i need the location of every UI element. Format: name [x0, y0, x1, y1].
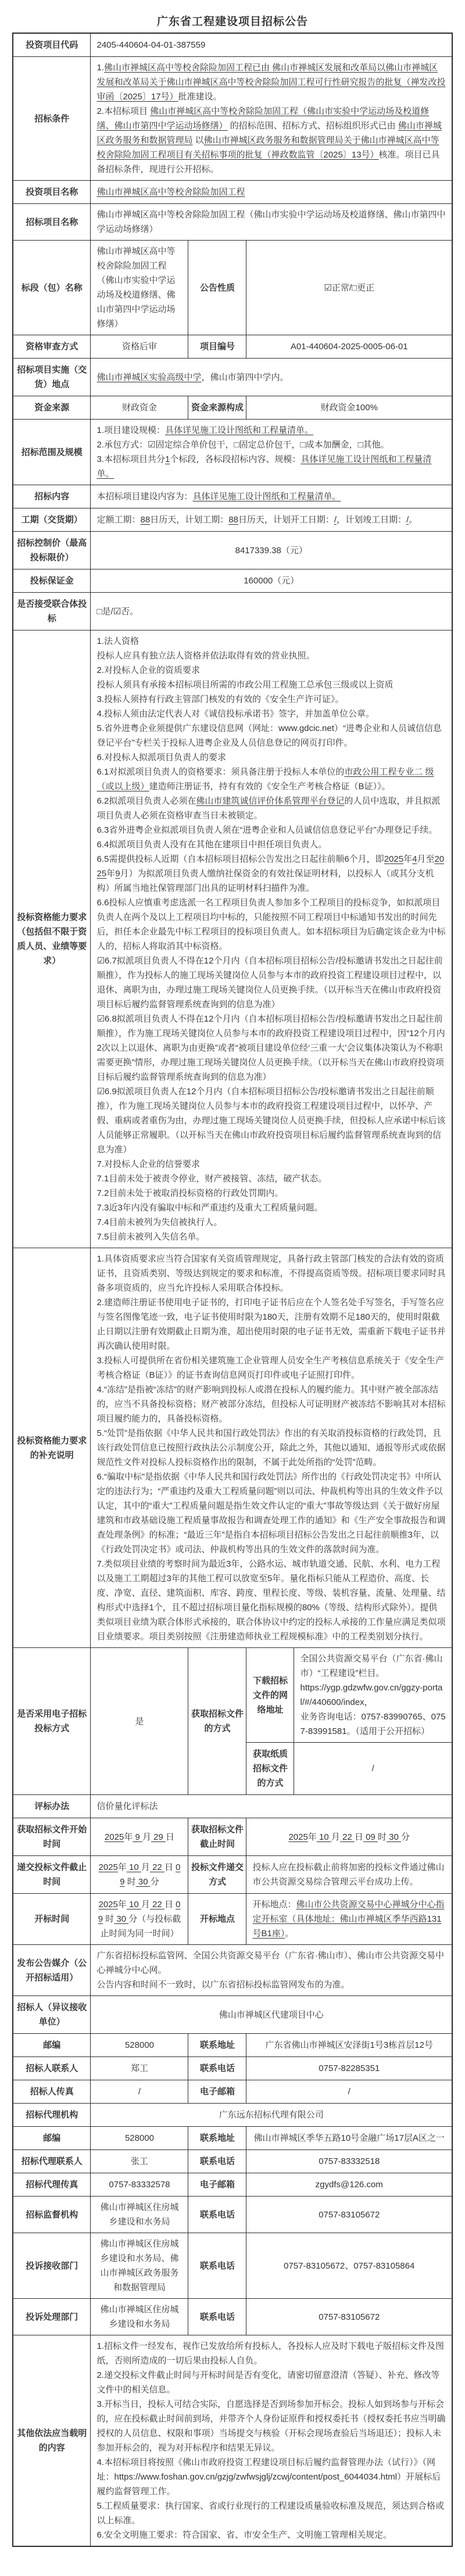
paragraph: 7.2目前未处于被取消投标资格的行政处罚期内。	[96, 1186, 446, 1201]
paragraph: 招标代理传真	[16, 2177, 88, 2192]
row-label: 联系电话	[188, 2197, 246, 2233]
table-row: 招标代理机构广东远东招标代理有限公司	[13, 2104, 452, 2127]
row-value: ☑正常/□更正	[246, 241, 452, 335]
text-segment: 联系电话	[200, 2156, 235, 2166]
text-segment: 财政资金100%	[321, 403, 378, 413]
text-segment: 联系电话	[200, 2210, 235, 2220]
paragraph: 0757-82285351	[252, 2061, 446, 2076]
paragraph: 0757-83332578	[96, 2177, 182, 2192]
text-segment: 获取纸质招标文件的方式	[253, 1749, 288, 1788]
paragraph: 投标文件递交方式	[191, 1860, 244, 1889]
row-label: 联系电话	[188, 2233, 246, 2299]
paragraph: 邮编	[16, 2131, 88, 2145]
row-value: 广东省佛山市禅城区安泽街1号3栋首层12号	[246, 2034, 452, 2057]
row-value: 投标人应在投标截止前将加密的投标文件通过佛山市公共资源交易综合管理云平台成功上传…	[246, 1856, 452, 1894]
text-segment: 160000（元）	[244, 576, 299, 586]
paragraph: 联系电话	[191, 2154, 244, 2169]
row-value: 佛山市禅城区住房城乡建设和水务局	[91, 2299, 188, 2335]
filled-blank: 30	[387, 1832, 401, 1842]
paragraph: 投资项目代码	[16, 38, 88, 52]
paragraph: 开标地点：佛山市公共资源交易中心禅城分中心指定开标室（具体地址：佛山市禅城区季华…	[252, 1897, 446, 1941]
paragraph: 定额工期：88日历天，计划工期：88日历天，计划开工日期：/，计划竣工日期：/。	[96, 513, 446, 527]
row-value: 0757-83332578	[91, 2173, 188, 2197]
row-label: 招标项目实施（交货）地点	[13, 359, 91, 396]
row-value: 开标地点：佛山市公共资源交易中心禅城分中心指定开标室（具体地址：佛山市禅城区季华…	[246, 1894, 452, 1945]
paragraph: 6.对投标人拟派项目负责人的要求	[96, 750, 446, 765]
text-segment: 6.“骗取中标”是指依据《中华人民共和国行政处罚法》所作出的《行政处罚决定书》中…	[96, 1472, 445, 1554]
paragraph: 8417339.38（元）	[96, 543, 446, 558]
row-value: /	[246, 2080, 452, 2104]
paragraph: 招标控制价（最高投标限价）	[16, 536, 88, 565]
text-segment: ，佛山市第四中学内。	[202, 372, 289, 382]
text-segment: 2405-440604-04-01-387559	[96, 40, 205, 50]
text-segment: 7.5目前未被列入失信名单。	[96, 1232, 205, 1242]
row-label: 发布公告媒介（公开招标适用）	[13, 1945, 91, 1996]
paragraph: 6.安全文明施工要求：符合国家、省、市安全生产、文明施工管理相关规定。	[96, 2528, 446, 2542]
text-segment: 获取招标文件开始时间	[17, 1825, 87, 1849]
paragraph: 标段（包）名称	[16, 281, 88, 295]
row-value: 佛山市禅城区季华五路10号金融广场17层A区之一	[246, 2127, 452, 2150]
text-segment: 3.投标人可提供所在省份相关建筑施工企业管理人员安全生产考核信息系统关于《安全生…	[96, 1356, 444, 1380]
text-segment: 全国公共资源交易平台（广东省·佛山市）“工程建设”栏目。	[300, 1654, 442, 1678]
row-label: 投诉接收部门	[13, 2233, 91, 2299]
row-value: 全国公共资源交易平台（广东省·佛山市）“工程建设”栏目。https://ygp.…	[294, 1648, 452, 1743]
paragraph: 7.3近3年内没有骗取中标和严重违约及重大工程质量问题。	[96, 1201, 446, 1215]
text-segment: 年	[308, 1832, 317, 1842]
paragraph: 联系电话	[191, 2259, 244, 2273]
row-value: 1.招标文件一经发布，视作已发放给所有投标人，各投标人应及时下载电子版招标文件及…	[91, 2335, 452, 2547]
paragraph: 招标范围及规模	[16, 445, 88, 460]
text-segment: 7.3近3年内没有骗取中标和严重违约及重大工程质量问题。	[96, 1203, 323, 1213]
paragraph: 1.法人资格	[96, 634, 446, 649]
row-value: 佛山市禅城区高中等校舍除险加固工程（佛山市实验中学运动场及校道修缮、佛山市第四中…	[91, 204, 452, 241]
paragraph: 招标人传真	[16, 2084, 88, 2099]
text-segment: A01-440604-2025-0005-06-01	[291, 342, 408, 352]
row-label: 电子邮箱	[188, 2080, 246, 2104]
row-label: 评标办法	[13, 1795, 91, 1818]
paragraph: 招标内容	[16, 489, 88, 504]
filled-blank: 10	[127, 1862, 141, 1872]
text-segment: 3.投标人须持有行政主管部门核发的有效的《安全生产许可证》。	[96, 694, 344, 704]
row-label: 标段（包）名称	[13, 241, 91, 335]
row-label: 下载招标文件的网络地址	[246, 1648, 294, 1743]
text-segment: 月至	[417, 854, 434, 864]
text-segment: 以	[193, 135, 204, 145]
row-value: 张工	[91, 2150, 188, 2173]
text-segment: 建造师注册证书，持有有效的《安全生产考核合格证（B证）》。	[149, 782, 391, 791]
text-segment: 工期（交货期）	[22, 515, 83, 525]
row-label: 获取招标文件的方式	[188, 1648, 246, 1795]
row-value: 2025年 10 月 22 日 09 时 30 分	[246, 1818, 452, 1856]
text-segment: 6.安全文明施工要求：符合国家、省、市安全生产、文明施工管理相关规定。	[96, 2530, 392, 2540]
row-label: 招标人传真	[13, 2080, 91, 2104]
text-segment: 资金来源	[34, 403, 69, 413]
text-segment: 郑工	[131, 2063, 148, 2073]
text-segment: 招标控制价（最高投标限价）	[17, 538, 87, 563]
paragraph: 招标监督机构	[16, 2208, 88, 2222]
row-value: 本招标项目建设内容为：具体详见施工设计图纸和工程量清单。	[91, 485, 452, 508]
text-segment: 开标地点：	[252, 1900, 296, 1909]
paragraph: 2025年 9 月 29 日	[96, 1830, 182, 1844]
paragraph: 7.类似项目业绩的考察时间为最近3年，公路水运、城市轨道交通、民航、水利、电力工…	[96, 1557, 446, 1644]
text-segment: 联系电话	[200, 2261, 235, 2271]
table-row: 投标保证金160000（元）	[13, 569, 452, 593]
text-segment: 5.工程质量要求：执行国家、省或行业现行的工程建设质量验收标准及规范，须达到合格…	[96, 2501, 444, 2525]
paragraph: 是否接受联合体投标	[16, 597, 88, 626]
row-label: 其他依法应当载明的内容	[13, 2335, 91, 2547]
row-label: 邮编	[13, 2127, 91, 2150]
announcement-table: 投资项目代码2405-440604-04-01-387559招标条件1.佛山市禅…	[12, 33, 453, 2547]
paragraph: 2405-440604-04-01-387559	[96, 38, 446, 52]
row-value: 佛山市禅城区代建项目中心	[91, 1996, 452, 2034]
text-segment: /	[348, 2087, 350, 2097]
paragraph: 财政资金	[96, 400, 182, 415]
filled-blank: 佛山市禅城区高中等校舍除险加固工程已由 佛山市禅城区发展和改革局以佛山市禅城区发…	[96, 63, 445, 102]
paragraph: 业务咨询电话：0757-83990765、0757-83991581。（适用于公…	[300, 1710, 446, 1739]
paragraph: 佛山市禅城区季华五路10号金融广场17层A区之一	[252, 2131, 446, 2145]
paragraph: zgydfs@126.com	[252, 2177, 446, 2192]
paragraph: 联系电话	[191, 2061, 244, 2076]
paragraph: 投标保证金	[16, 574, 88, 588]
paragraph: 招标代理机构	[16, 2108, 88, 2122]
text-segment: 3.开标当日，投标人可结合实际，自愿选择是否到场参加开标会。投标人如到场参与开标…	[96, 2399, 445, 2453]
text-segment: 批准建设。	[178, 92, 222, 102]
paragraph: 递交投标文件截止时间	[16, 1860, 88, 1889]
table-row: 招标条件1.佛山市禅城区高中等校舍除险加固工程已由 佛山市禅城区发展和改革局以佛…	[13, 57, 452, 181]
text-segment: 招标代理传真	[26, 2180, 78, 2190]
paragraph: 投标人应在投标截止前将加密的投标文件通过佛山市公共资源交易综合管理云平台成功上传…	[252, 1860, 446, 1889]
row-label: 投标文件递交方式	[188, 1856, 246, 1894]
text-segment: 2.建造师注册证书使用电子证书的，打印电子证书后应在个人签名处手写签名，手写签名…	[96, 1298, 445, 1351]
text-segment: ☑6.8拟派项目负责人不得在12个月内（自本招标项目招标公告/投标邀请书发出之日…	[96, 1014, 445, 1082]
row-label: 项目编号	[188, 335, 246, 359]
paragraph: 2.建造师注册证书使用电子证书的，打印电子证书后应在个人签名处手写签名，手写签名…	[96, 1295, 446, 1353]
text-segment: 佛山市禅城区住房城乡建设和水务局	[100, 2202, 178, 2227]
text-segment: 招标内容	[34, 492, 69, 501]
text-segment: 1.项目建设规模：	[96, 425, 165, 435]
text-segment: 。	[409, 515, 417, 525]
row-value: 8417339.38（元）	[91, 532, 452, 569]
paragraph: 2.递交投标文件截止时间与开标时间是否有变化，请密切留意澄清（答疑）、补充、修改…	[96, 2368, 446, 2397]
row-value: 佛山市禅城区高中等校舍除险加固工程（佛山市实验中学运动场及校道修缮、佛山市第四中…	[91, 241, 188, 335]
text-segment: /	[372, 1764, 374, 1774]
text-segment: 评标办法	[34, 1801, 69, 1811]
row-value: 财政资金	[91, 396, 188, 420]
text-segment: 日历天，计划开工日期：	[238, 515, 334, 525]
row-label: 招标代理传真	[13, 2173, 91, 2197]
row-value: /	[294, 1743, 452, 1795]
row-value: 佛山市禅城区高中等校舍除险加固工程	[91, 181, 452, 204]
table-row: 资金来源财政资金资金来源构成财政资金100%	[13, 396, 452, 420]
text-segment: 投标资格能力要求的补充说明	[17, 1436, 87, 1460]
text-segment: 是	[135, 1717, 144, 1726]
paragraph: 电子邮箱	[191, 2177, 244, 2192]
text-segment: 邮编	[43, 2040, 60, 2050]
table-row: 招标代理传真0757-83332578电子邮箱zgydfs@126.com	[13, 2173, 452, 2197]
row-label: 开标时间	[13, 1894, 91, 1945]
text-segment: 0757-83332578	[109, 2180, 170, 2190]
paragraph: 投诉处理部门	[16, 2310, 88, 2324]
paragraph: 获取招标文件开始时间	[16, 1822, 88, 1851]
text-segment: 投标人应在投标截止前将加密的投标文件通过佛山市公共资源交易综合管理云平台成功上传…	[252, 1862, 444, 1887]
paragraph: □是/☑否。	[96, 604, 446, 619]
row-value: 528000	[91, 2034, 188, 2057]
text-segment: 2.递交投标文件截止时间与开标时间是否有变化，请密切留意澄清（答疑）、补充、修改…	[96, 2370, 439, 2395]
paragraph: 资格审查方式	[16, 339, 88, 354]
text-segment: 财政资金	[122, 403, 157, 413]
text-segment: 公告性质	[200, 283, 235, 293]
filled-blank: 2025	[105, 1832, 124, 1842]
paragraph: 6.1对拟派项目负责人的资格要求：须具备注册于投标人本单位的市政公用工程专业二 …	[96, 765, 446, 794]
paragraph: 投标资格能力要求（包括但不限于资质人员、业绩等要求）	[16, 910, 88, 968]
text-segment: 7.类似项目业绩的考察时间为最近3年，公路水运、城市轨道交通、民航、水利、电力工…	[96, 1559, 445, 1642]
row-value: 1.具体资质要求应当符合国家有关资质管理规定，具备行政主管部门核发的合法有效的资…	[91, 1248, 452, 1648]
row-value: 0757-83105672、0757-83105864	[246, 2233, 452, 2299]
table-row: 招标人（异议接收单位）佛山市禅城区代建项目中心	[13, 1996, 452, 2034]
paragraph: ☑6.9拟派项目负责人在12个月内（自本招标项目招标公告/投标邀请书发出之日起往…	[96, 1084, 446, 1157]
paragraph: 6.4拟派项目负责人没有在其他在建项目中担任项目负责人。	[96, 837, 446, 852]
text-segment: 年	[118, 1862, 127, 1872]
text-segment: 的招标范围、招标方式、招标组织形式已由	[228, 121, 398, 131]
text-segment: 其他依法应当载明的内容	[17, 2428, 87, 2453]
text-segment: 联系电话	[200, 2312, 235, 2322]
text-segment: 招标范围及规模	[22, 447, 83, 457]
text-segment: 5.“处罚”是指依据《中华人民共和国行政处罚法》作出的有关取消投标资格的行政处罚…	[96, 1428, 445, 1467]
text-segment: 广东省佛山市禅城区安泽街1号3栋首层12号	[266, 2040, 433, 2050]
text-segment: 张工	[131, 2156, 148, 2166]
text-segment: 佛山市禅城区高中等校舍除险加固工程（佛山市实验中学运动场及校道修缮、佛山市第四中…	[96, 246, 175, 329]
text-segment: 0757-83332518	[319, 2156, 380, 2166]
paragraph: 招标人联系人	[16, 2061, 88, 2076]
row-value: 160000（元）	[91, 569, 452, 593]
row-label: 资金来源构成	[188, 396, 246, 420]
row-value: 2025年 9 月 29 日	[91, 1818, 188, 1856]
paragraph: 佛山市禅城区实验高级中学，佛山市第四中学内。	[96, 370, 446, 385]
text-segment: 7.2目前未处于被取消投标资格的行政处罚期内。	[96, 1188, 283, 1198]
filled-blank: 9	[115, 869, 120, 879]
paragraph: 7.对投标人企业的信誉要求	[96, 1157, 446, 1171]
text-segment: 0757-83105672	[319, 2312, 380, 2322]
filled-blank: 88	[141, 515, 151, 525]
paragraph: 5.工程质量要求：执行国家、省或行业现行的工程建设质量验收标准及规范，须达到合格…	[96, 2499, 446, 2528]
text-segment: 获取招标文件的方式	[191, 1709, 244, 1733]
row-label: 联系电话	[188, 2299, 246, 2335]
text-segment: 6.1对拟派项目负责人的资格要求：须具备注册于投标人本单位的	[96, 767, 344, 777]
table-row: 发布公告媒介（公开招标适用）广东省招标投标监管网、全国公共资源交易平台（广东省·…	[13, 1945, 452, 1996]
table-row: 是否采用电子招标投标方式是获取招标文件的方式下载招标文件的网络地址全国公共资源交…	[13, 1648, 452, 1743]
text-segment: □是/☑否。	[96, 607, 138, 617]
page-title: 广东省工程建设项目招标公告	[0, 13, 465, 28]
paragraph: 1.招标文件一经发布，视作已发放给所有投标人，各投标人应及时下载电子版招标文件及…	[96, 2339, 446, 2368]
row-value: 1.项目建设规模：具体详见施工设计图纸和工程量清单。2.承包方式：☑固定综合单价…	[91, 420, 452, 485]
paragraph: 发布公告媒介（公开招标适用）	[16, 1956, 88, 1985]
paragraph: 是	[96, 1714, 182, 1729]
text-segment: ☑6.7拟派项目负责人不得在12个月内（自本招标项目招标公告/投标邀请书发出之日…	[96, 956, 442, 1009]
text-segment: 联系电话	[200, 2063, 235, 2073]
text-segment: 投资项目名称	[26, 187, 78, 197]
row-value: □是/☑否。	[91, 593, 452, 630]
text-segment: 528000	[125, 2133, 154, 2143]
paragraph: 评标办法	[16, 1799, 88, 1814]
paragraph: 4.“冻结”是指被“冻结”的财产影响到投标人或潜在投标人的履约能力。其中财产被全…	[96, 1382, 446, 1426]
text-segment: 日	[164, 1862, 176, 1872]
paragraph: 获取纸质招标文件的方式	[249, 1747, 291, 1790]
filled-blank: 2025	[384, 854, 403, 864]
text-segment: 4.投标人须由法定代表人对《诚信投标承诺书》签字，并加盖单位公章。	[96, 709, 374, 719]
row-value: 资格后审	[91, 335, 188, 359]
paragraph: 投标人须具有承接本招标项目所需的市政公用工程施工总承包三级或以上资质	[96, 678, 446, 692]
text-segment: 6.4拟派项目负责人没有在其他在建项目中担任项目负责人。	[96, 840, 327, 850]
table-row: 投标资格能力要求的补充说明1.具体资质要求应当符合国家有关资质管理规定，具备行政…	[13, 1248, 452, 1648]
row-label: 招标人联系人	[13, 2057, 91, 2080]
row-label: 投标资格能力要求的补充说明	[13, 1248, 91, 1648]
text-segment: 电子邮箱	[200, 2180, 235, 2190]
row-label: 投标保证金	[13, 569, 91, 593]
paragraph: 1.佛山市禅城区高中等校舍除险加固工程已由 佛山市禅城区发展和改革局以佛山市禅城…	[96, 60, 446, 104]
text-segment: 7.4目前未被列为失信被执行人。	[96, 1217, 222, 1227]
text-segment: 招标人传真	[30, 2087, 74, 2097]
text-segment: 0757-83105672、0757-83105864	[284, 2261, 414, 2271]
table-row: 投诉处理部门佛山市禅城区住房城乡建设和水务局联系电话0757-83105672	[13, 2299, 452, 2335]
table-row: 投资项目名称佛山市禅城区高中等校舍除险加固工程	[13, 181, 452, 204]
row-value: zgydfs@126.com	[246, 2173, 452, 2197]
paragraph: 是否采用电子招标投标方式	[16, 1707, 88, 1736]
paragraph: 3.开标当日，投标人可结合实际，自愿选择是否到场参加开标会。投标人如到场参与开标…	[96, 2397, 446, 2455]
row-value: 0757-83105672	[246, 2197, 452, 2233]
paragraph: 3.投标人须持有行政主管部门核发的有效的《安全生产许可证》。	[96, 692, 446, 707]
row-value: 2025年 10 月 22 日 09 时 30 分（与投标截止时间为同一时间）	[91, 1894, 188, 1945]
paragraph: 招标人（异议接收单位）	[16, 2000, 88, 2029]
table-row: 投资项目代码2405-440604-04-01-387559	[13, 33, 452, 57]
row-label: 招标项目名称	[13, 204, 91, 241]
text-segment: 联系地址	[200, 2040, 235, 2050]
paragraph: 5.省外进粤企业须提供广东建设信息网（网址：www.gdcic.net）“进粤企…	[96, 721, 446, 750]
paragraph: 本招标项目建设内容为：具体详见施工设计图纸和工程量清单。	[96, 489, 446, 504]
text-segment: 佛山市禅城区季华五路10号金融广场17层A区之一	[254, 2133, 445, 2143]
paragraph: 2025年 10 月 22 日 09 时 30 分	[96, 1860, 182, 1889]
text-segment: 2.承包方式：☑固定综合单价包干，□固定总价包干，□成本加酬金，□其他。	[96, 440, 389, 450]
text-segment: 5.省外进粤企业须提供广东建设信息网（网址：www.gdcic.net）“进粤企…	[96, 723, 441, 748]
filled-blank: 88	[228, 515, 238, 525]
paragraph: 广东省招标投标监管网、全国公共资源交易平台（广东省·佛山市）、佛山市公共资源交易…	[96, 1948, 446, 1977]
row-label: 资格审查方式	[13, 335, 91, 359]
row-value: 定额工期：88日历天，计划工期：88日历天，计划开工日期：/，计划竣工日期：/。	[91, 508, 452, 532]
text-segment: 递交投标文件截止时间	[17, 1862, 87, 1887]
text-segment: 日	[164, 1900, 176, 1909]
row-value: 信价量化评标法	[91, 1795, 452, 1818]
paragraph: 6.“骗取中标”是指依据《中华人民共和国行政处罚法》所作出的《行政处罚决定书》中…	[96, 1470, 446, 1557]
paragraph: 6.2拟派项目负责人必须在佛山市建筑诚信评价体系管理平台登记的人员中选取，并且拟…	[96, 794, 446, 823]
row-label: 联系电话	[188, 2057, 246, 2080]
text-segment: /	[138, 2087, 141, 2097]
text-segment: 月	[141, 1862, 150, 1872]
text-segment: 4.“冻结”是指被“冻结”的财产影响到投标人或潜在投标人的履约能力。其中财产被全…	[96, 1385, 445, 1424]
table-row: 招标人传真/电子邮箱/	[13, 2080, 452, 2104]
text-segment: 日	[355, 1832, 363, 1842]
table-row: 投标资格能力要求（包括但不限于资质人员、业绩等要求）1.法人资格投标人应具有独立…	[13, 630, 452, 1248]
row-value: 广东省招标投标监管网、全国公共资源交易平台（广东省·佛山市）、佛山市公共资源交易…	[91, 1945, 452, 1996]
paragraph: 6.3省外进粤企业拟派项目负责人须在“进粤企业和人员诚信信息登记平台”办理登记手…	[96, 823, 446, 837]
row-value: 佛山市禅城区实验高级中学，佛山市第四中学内。	[91, 359, 452, 396]
paragraph: 资金来源构成	[191, 400, 244, 415]
text-segment: 招标代理联系人	[22, 2156, 83, 2166]
paragraph: 佛山市禅城区高中等校舍除险加固工程（佛山市实验中学运动场及校道修缮、佛山市第四中…	[96, 244, 182, 331]
row-label: 投标资格能力要求（包括但不限于资质人员、业绩等要求）	[13, 630, 91, 1248]
paragraph: 2025年 10 月 22 日 09 时 30 分	[252, 1830, 446, 1844]
paragraph: 郑工	[96, 2061, 182, 2076]
paragraph: 投标人应具有独立法人资格并依法取得有效的营业执照。	[96, 649, 446, 663]
row-label: 联系电话	[188, 2150, 246, 2173]
row-label: 招标控制价（最高投标限价）	[13, 532, 91, 569]
text-segment: ☑6.9拟派项目负责人在12个月内（自本招标项目招标公告/投标邀请书发出之日起往…	[96, 1087, 445, 1155]
row-value: 0757-82285351	[246, 2057, 452, 2080]
row-value: 广东远东招标代理有限公司	[91, 2104, 452, 2127]
text-segment: 邮编	[43, 2133, 60, 2143]
row-value: 郑工	[91, 2057, 188, 2080]
table-row: 招标代理联系人张工联系电话0757-83332518	[13, 2150, 452, 2173]
text-segment: 投标文件递交方式	[191, 1862, 244, 1887]
paragraph: ☑正常/□更正	[252, 281, 446, 295]
row-value: A01-440604-2025-0005-06-01	[246, 335, 452, 359]
row-label: 递交投标文件截止时间	[13, 1856, 91, 1894]
paragraph: 资格后审	[96, 339, 182, 354]
text-segment: 月）为拟派项目负责人缴纳社保资金的有效社保证明材料，以投标人（或其分支机构）所属…	[96, 869, 434, 893]
filled-blank: 22	[340, 1832, 355, 1842]
row-label: 获取招标文件开始时间	[13, 1818, 91, 1856]
text-segment: zgydfs@126.com	[316, 2180, 383, 2190]
row-label: 是否接受联合体投标	[13, 593, 91, 630]
text-segment: 6.对投标人拟派项目负责人的要求	[96, 753, 226, 762]
text-segment: 广东远东招标代理有限公司	[219, 2110, 324, 2120]
text-segment: 年	[106, 869, 115, 879]
text-segment: 是否采用电子招标投标方式	[17, 1709, 87, 1733]
filled-blank: 10	[317, 1832, 331, 1842]
row-label: 招标内容	[13, 485, 91, 508]
text-segment: 1.	[96, 63, 104, 73]
paragraph: 佛山市禅城区代建项目中心	[96, 2008, 446, 2022]
text-segment: 时	[378, 1832, 387, 1842]
paragraph: 佛山市禅城区高中等校舍除险加固工程	[96, 185, 446, 199]
text-segment: 公告内容和时间不一致时，以广东省招标投标监管网发布的为准。	[96, 1980, 349, 1990]
paragraph: 全国公共资源交易平台（广东省·佛山市）“工程建设”栏目。	[300, 1651, 446, 1681]
row-value: /	[91, 2080, 188, 2104]
text-segment: 投诉处理部门	[26, 2312, 78, 2322]
paragraph: /	[96, 2084, 182, 2099]
row-label: 招标代理机构	[13, 2104, 91, 2127]
table-row: 是否接受联合体投标□是/☑否。	[13, 593, 452, 630]
text-segment: 时	[103, 1914, 114, 1924]
row-value: 2025年 10 月 22 日 09 时 30 分	[91, 1856, 188, 1894]
text-segment: 6.5需提供投标人近期（自本招标项目招标公告发出之日起往前顺6个月，即	[96, 854, 384, 864]
row-label: 资金来源	[13, 396, 91, 420]
text-segment: 6.3省外进粤企业拟派项目负责人须在“进粤企业和人员诚信信息登记平台”办理登记手…	[96, 825, 437, 835]
row-label: 招标监督机构	[13, 2197, 91, 2233]
paragraph: 电子邮箱	[191, 2084, 244, 2099]
paragraph: 2.对投标人企业的资质要求	[96, 663, 446, 678]
text-segment: 广东省招标投标监管网、全国公共资源交易平台（广东省·佛山市）、佛山市公共资源交易…	[96, 1951, 444, 1975]
text-segment: 分	[151, 1877, 159, 1887]
row-label: 招标条件	[13, 57, 91, 181]
paragraph: 7.5目前未被列入失信名单。	[96, 1230, 446, 1244]
text-segment: 招标项目名称	[26, 217, 78, 227]
text-segment: 开标时间	[34, 1914, 69, 1924]
text-segment: 。	[285, 1929, 294, 1939]
text-segment: 月	[331, 1832, 340, 1842]
text-segment: 获取招标文件截止时间	[191, 1825, 244, 1849]
row-label: 招标人（异议接收单位）	[13, 1996, 91, 2034]
row-label: 联系地址	[188, 2127, 246, 2150]
announcement-table-body: 投资项目代码2405-440604-04-01-387559招标条件1.佛山市禅…	[13, 33, 452, 2546]
